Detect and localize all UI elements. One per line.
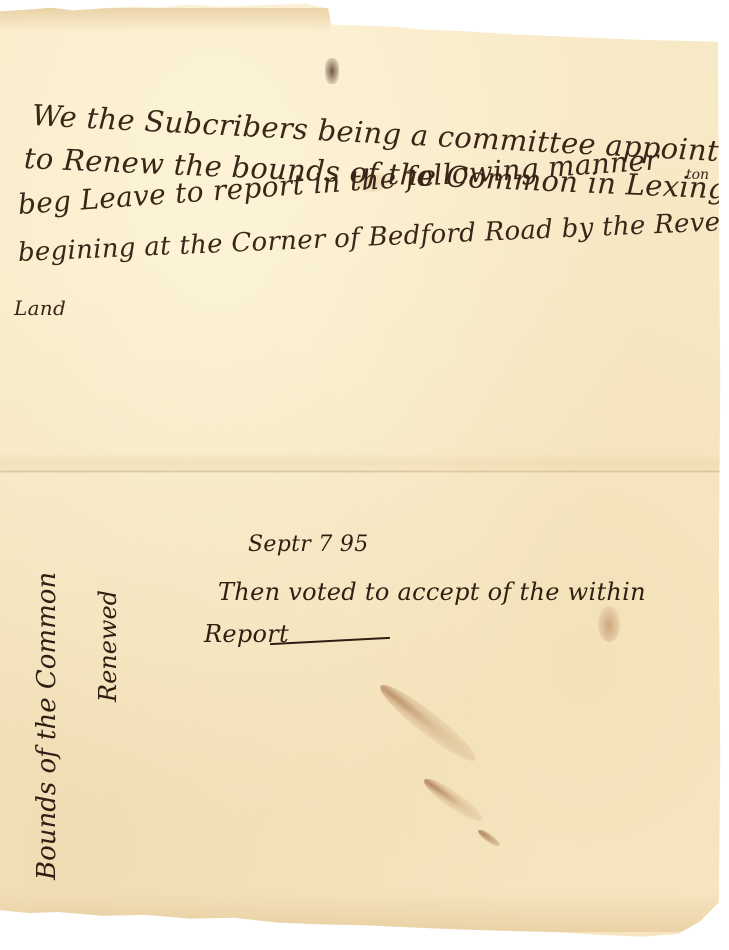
endorsement-line-1: Bounds of the Common <box>32 572 62 880</box>
ink-blot <box>325 58 339 84</box>
stain-mark <box>374 677 482 768</box>
minute-text: Then voted to accept of the within <box>218 578 646 606</box>
stain-mark <box>476 827 502 848</box>
stain-mark <box>420 773 487 826</box>
document-page: We the Subcribers being a committee appo… <box>0 0 729 950</box>
superscript-continuation: ton <box>686 167 709 183</box>
fold-crease <box>0 470 729 473</box>
body-line-5: Land <box>14 296 66 320</box>
minute-date: Septr 7 95 <box>248 532 369 557</box>
top-edge-discoloration <box>0 8 330 32</box>
endorsement-line-2: Renewed <box>94 590 122 702</box>
paper-sheet: We the Subcribers being a committee appo… <box>0 0 729 950</box>
bottom-edge-discoloration <box>0 892 729 932</box>
stain-mark <box>598 606 620 642</box>
